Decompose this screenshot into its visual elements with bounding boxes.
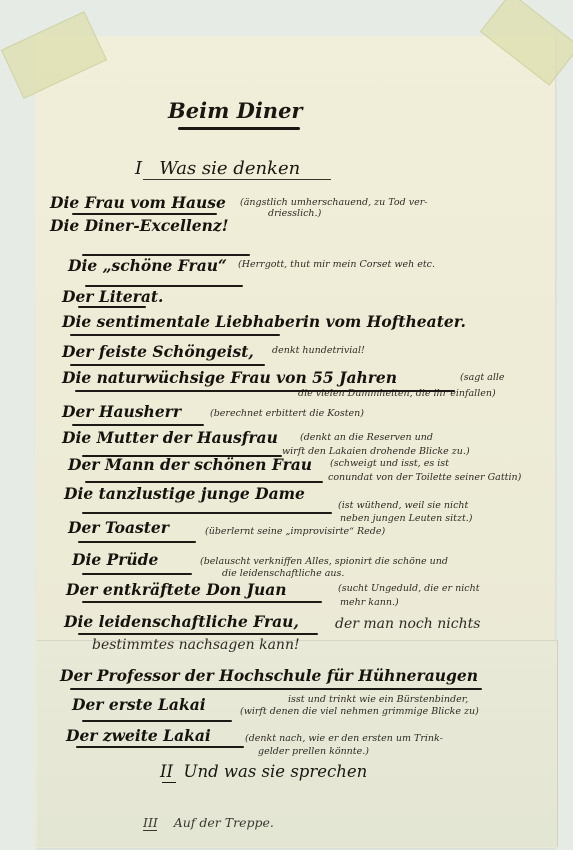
section-1-underline <box>143 179 331 180</box>
document-title: Beim Diner <box>168 98 303 123</box>
entry-underline <box>82 720 232 722</box>
entry-underline <box>72 213 217 215</box>
entry-role: Die sentimentale Liebhaberin vom Hofthea… <box>62 312 466 331</box>
section-title: Was sie denken <box>159 158 300 179</box>
entry-role: Der entkräftete Don Juan <box>66 580 287 599</box>
entry-underline <box>82 573 192 575</box>
entry-underline <box>78 306 146 308</box>
entry-note-continued: conundat von der Toilette seiner Gattin) <box>328 472 521 483</box>
title-underline <box>178 127 300 130</box>
entry-underline <box>70 688 482 690</box>
entry-role: Der Toaster <box>68 518 169 537</box>
entry-role: Die naturwüchsige Frau von 55 Jahren <box>62 368 397 387</box>
entry-underline <box>70 334 280 336</box>
entry-role: Der Professor der Hochschule für Hühnera… <box>60 666 478 685</box>
section-heading-1: I Was sie denken <box>135 158 300 179</box>
entry-underline <box>82 601 322 603</box>
entry-role: Die Prüde <box>72 550 158 569</box>
entry-role: Die „schöne Frau“ <box>68 256 227 275</box>
entry-note-continued: driesslich.) <box>268 208 321 219</box>
entry-note: (sucht Ungeduld, die er nicht <box>338 583 480 594</box>
section-3-numeral-underline <box>143 830 157 831</box>
section-numeral: II <box>160 762 173 781</box>
entry-role: Der Mann der schönen Frau <box>68 455 312 474</box>
section-2-numeral-underline <box>162 782 176 783</box>
entry-role: Die Mutter der Hausfrau <box>62 428 278 447</box>
entry-underline <box>78 633 318 635</box>
entry-underline <box>75 390 455 392</box>
entry-underline <box>82 512 332 514</box>
entry-role: Der Hausherr <box>62 402 181 421</box>
entry-note: (schweigt und isst, es ist <box>330 458 449 469</box>
entry-underline <box>72 424 204 426</box>
entry-note-continued: die leidenschaftliche aus. <box>222 568 344 579</box>
entry-underline <box>78 541 196 543</box>
entry-note-continued: isst und trinkt wie ein Bürstenbinder, <box>288 694 468 705</box>
entry-role: Der Literat. <box>62 287 163 306</box>
section-numeral: III <box>143 815 158 830</box>
section-title: Und was sie sprechen <box>184 762 368 781</box>
section-heading-3: III Auf der Treppe. <box>143 815 274 830</box>
entry-underline <box>85 481 323 483</box>
entry-note: (belauscht verkniffen Alles, spionirt di… <box>200 556 448 567</box>
entry-role: Der zweite Lakai <box>66 726 211 745</box>
entry-role: Der feiste Schöngeist, <box>62 342 254 361</box>
entry-underline <box>70 364 265 366</box>
section-numeral: I <box>135 158 142 179</box>
entry-note: denkt hundetrivial! <box>272 345 365 356</box>
entry-note: (denkt nach, wie er den ersten um Trink- <box>245 733 443 744</box>
entry-note: (wirft denen die viel nehmen grimmige Bl… <box>240 706 479 717</box>
entry-role: Der erste Lakai <box>72 695 206 714</box>
entry-note: (berechnet erbittert die Kosten) <box>210 408 364 419</box>
entry-note: der man noch nichts <box>335 616 480 632</box>
entry-note-continued: mehr kann.) <box>340 597 399 608</box>
entry-underline <box>76 746 244 748</box>
entry-note: (ist wüthend, weil sie nicht <box>338 500 468 511</box>
entry-note: (sagt alle <box>460 372 505 383</box>
entry-note: (denkt an die Reserven und <box>300 432 433 443</box>
section-heading-2: II Und was sie sprechen <box>160 762 367 781</box>
entry-role: Die Frau vom Hause <box>50 193 226 212</box>
entry-note: (überlernt seine „improvisirte“ Rede) <box>205 526 385 537</box>
entry-role: Die Diner-Excellenz! <box>50 216 229 235</box>
entry-role: Die leidenschaftliche Frau, <box>64 612 299 631</box>
entry-note-continued: neben jungen Leuten sitzt.) <box>340 513 473 524</box>
section-title: Auf der Treppe. <box>174 815 274 830</box>
entry-note-continued: bestimmtes nachsagen kann! <box>92 637 300 653</box>
entry-role: Die tanzlustige junge Dame <box>64 484 305 503</box>
entry-note-continued: gelder prellen könnte.) <box>258 746 369 757</box>
entry-note: (ängstlich umherschauend, zu Tod ver- <box>240 197 427 208</box>
entry-note: (Herrgott, thut mir mein Corset weh etc. <box>238 259 435 270</box>
